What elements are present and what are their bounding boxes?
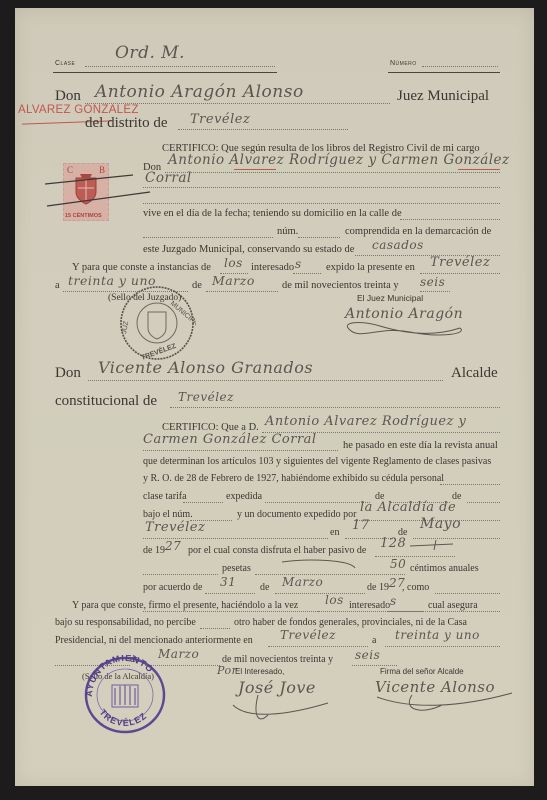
alcalde-flourish (372, 685, 522, 715)
estado-value: casados (372, 238, 424, 252)
a2-label: a (372, 635, 376, 646)
bajo-label: bajo el núm. (143, 509, 193, 520)
ayuntamiento-seal: AYUNTAMIENTO TREVÉLEZ (82, 655, 168, 735)
calle2-dotline (143, 237, 273, 238)
court-seal: MUNICIPAL DE TREVÉLEZ JUZ (118, 284, 196, 362)
interesado-flourish (228, 685, 338, 725)
numero-rule (388, 72, 500, 73)
pesetas-dotline (143, 574, 218, 575)
clase-tarifa-label: clase tarifa (143, 491, 187, 502)
numero-label: Número (390, 60, 417, 67)
expedida-label: expedida (226, 491, 262, 502)
comprendida-line: comprendida en la demarcación de (345, 226, 491, 237)
asegura-label: cual asegura (428, 600, 478, 611)
num-label: núm. (277, 226, 298, 237)
haber-label: por el cual consta disfruta el haber pas… (188, 545, 366, 556)
mayor-title: Alcalde (451, 365, 498, 382)
subject2-line1: Antonio Alvarez Rodríguez y (265, 414, 466, 429)
instancias-value: los (224, 256, 243, 270)
centimos-value: 50 (390, 557, 406, 571)
constitucional-label: constitucional de (55, 393, 157, 410)
expedido-por-line2: Trevélez (145, 520, 205, 535)
calle-dotline (400, 219, 500, 220)
acuerdo-month: Marzo (282, 575, 323, 589)
otro-haber-line: otro haber de fondos generales, provinci… (234, 617, 467, 628)
interesado-label: interesado (251, 262, 294, 273)
signer-title: El Juez Municipal (357, 293, 423, 303)
stamp-cancel-lines (45, 172, 155, 212)
closing-interesado: interesado (349, 600, 390, 611)
clase-rule (53, 72, 277, 73)
presidencial-line: Presidencial, ni del mencionado anterior… (55, 635, 253, 646)
clase-label: Clase (55, 60, 75, 67)
month-value: Marzo (212, 273, 255, 288)
haber-value: 128 (380, 536, 406, 551)
subject2-line2: Carmen González Corral (143, 432, 317, 447)
vive-line: vive en el día de la fecha; teniendo su … (143, 208, 402, 219)
closing-dotline (318, 611, 346, 612)
alcalde-caption: Firma del señor Alcalde (380, 667, 464, 676)
district-label: del distrito de (85, 115, 168, 132)
como-label: , como (402, 582, 429, 593)
haber-dotline (375, 556, 455, 557)
pesetas-flourish (280, 558, 360, 576)
de19-label: de 19 (143, 545, 165, 556)
subject-dotline-3 (143, 203, 500, 204)
expido-label: expido la presente en (326, 262, 415, 273)
town-value: Trevélez (178, 390, 234, 404)
closing-year-dotline (352, 665, 397, 666)
ro-line: y R. O. de 28 de Febrero de 1927, habién… (143, 473, 444, 484)
de4-label: de (260, 582, 269, 593)
mayor-name: Vicente Alonso Granados (98, 358, 313, 377)
town-dotline (170, 407, 500, 408)
clase-value: Ord. M. (115, 43, 185, 63)
court-seal-left-text: JUZ (121, 320, 130, 335)
responsabilidad-line: bajo su responsabilidad, no percibe (55, 617, 196, 628)
red-underline-alvarez (234, 169, 276, 170)
closing-day-dotline (385, 646, 500, 647)
revista-line: he pasado en este día la revista anual (343, 440, 498, 451)
closing-prefix: Y para que conste, firmo el presente, ha… (72, 600, 298, 611)
de2-dotline (467, 502, 500, 503)
clase-dotline (85, 66, 275, 67)
year-value: seis (420, 275, 445, 289)
ayuntamiento-seal-bottom: TREVÉLEZ (98, 707, 149, 728)
interesado-caption: El Interesado, (235, 667, 284, 676)
documento-label: y un documento expedido por (237, 509, 356, 520)
court-seal-top-text: MUNICIPAL DE (169, 300, 196, 337)
numero-dotline (422, 66, 498, 67)
doc-month: Mayo (420, 516, 461, 532)
instancias-prefix: Y para que conste a instancias de (72, 262, 211, 273)
expedida-dotline (265, 502, 370, 503)
closing-value: los (325, 593, 344, 607)
acuerdo-label: por acuerdo de (143, 582, 202, 593)
district-value: Trevélez (190, 112, 250, 127)
year-dotline (420, 291, 450, 292)
a-label: a (55, 280, 60, 291)
stamp-value: 15 CÉNTIMOS (65, 213, 102, 219)
year-label: de mil novecientos treinta y (282, 280, 399, 291)
subject2-dotline-2 (143, 450, 338, 451)
expedido-por-line1: la Alcaldía de (360, 500, 456, 515)
interesado-suffix: s (295, 257, 302, 271)
pesetas-label: pesetas (222, 563, 251, 574)
juzgado-line: este Juzgado Municipal, conservando su e… (143, 244, 354, 255)
district-dotline (178, 129, 348, 130)
don-label: Don (55, 88, 81, 105)
subject-dotline-1 (165, 172, 500, 173)
centimos-label: céntimos anuales (410, 563, 479, 574)
subject-dotline-2 (143, 187, 500, 188)
acuerdo-month-dotline (275, 593, 365, 594)
closing-year-label: de mil novecientos treinta y (222, 654, 333, 665)
signature-flourish (340, 320, 470, 342)
mayor-don-label: Don (55, 365, 81, 382)
closing-place-dotline (268, 646, 368, 647)
num-dotline (298, 237, 340, 238)
acuerdo-day: 31 (220, 575, 236, 589)
expido-dotline (420, 273, 500, 274)
doc-year: 27 (165, 539, 181, 553)
closing-year-value: seis (355, 648, 380, 662)
closing-place: Trevélez (280, 628, 336, 642)
closing-day: treinta y uno (395, 628, 480, 642)
en-label: en (330, 527, 339, 538)
svg-text:TREVÉLEZ: TREVÉLEZ (98, 707, 149, 728)
doc-day: 17 (352, 518, 370, 533)
mayor-name-dotline (88, 380, 443, 381)
closing-interesado-suffix: s (390, 594, 397, 608)
acuerdo-day-dotline (205, 593, 255, 594)
subject-name-line1: Antonio Alvarez Rodríguez y Carmen Gonzá… (168, 152, 510, 168)
expido-place: Trevélez (430, 255, 490, 270)
judge-title: Juez Municipal (397, 88, 489, 105)
interesado-dotline (293, 273, 321, 274)
tarifa-dotline (183, 502, 223, 503)
no-percibe-dotline (200, 628, 230, 629)
doc-month-dotline (413, 538, 500, 539)
cedula-dotline (440, 484, 500, 485)
judge-name: Antonio Aragón Alonso (95, 82, 304, 102)
acuerdo-year-prefix: de 19 (367, 582, 389, 593)
articulos-line: que determinan los artículos 103 y sigui… (143, 456, 491, 467)
red-underline-gonzalez (458, 169, 500, 170)
month-dotline (206, 291, 278, 292)
closing-interesado-dotline (388, 611, 423, 612)
como-dotline (435, 593, 500, 594)
haber-flourish (408, 540, 458, 552)
